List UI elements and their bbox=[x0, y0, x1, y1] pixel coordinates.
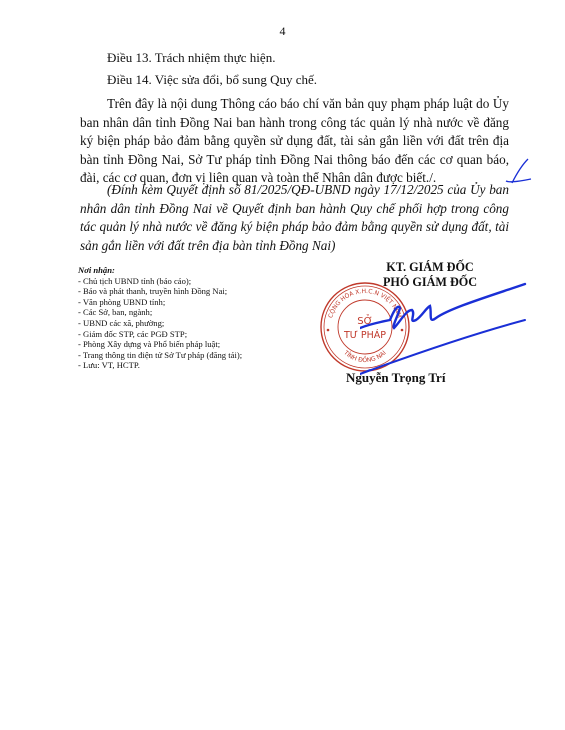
recipients-title: Nơi nhận: bbox=[78, 265, 242, 276]
recipient-item: - Các Sở, ban, ngành; bbox=[78, 307, 242, 318]
recipient-item: - Giám đốc STP, các PGĐ STP; bbox=[78, 329, 242, 340]
recipient-item: - Lưu: VT, HCTP. bbox=[78, 360, 242, 371]
signature-title-line1: KT. GIÁM ĐỐC bbox=[340, 260, 520, 275]
recipient-item: - Phòng Xây dựng và Phổ biến pháp luật; bbox=[78, 339, 242, 350]
recipients-block: Nơi nhận: - Chủ tịch UBND tỉnh (báo cáo)… bbox=[78, 265, 242, 371]
signer-name: Nguyễn Trọng Trí bbox=[346, 370, 445, 386]
page-number: 4 bbox=[0, 24, 565, 39]
recipient-item: - Văn phòng UBND tỉnh; bbox=[78, 297, 242, 308]
attachment-note: (Đính kèm Quyết định số 81/2025/QĐ-UBND … bbox=[80, 181, 509, 255]
article-14: Điều 14. Việc sửa đổi, bổ sung Quy chế. bbox=[107, 72, 317, 88]
recipient-item: - Báo và phát thanh, truyền hình Đồng Na… bbox=[78, 286, 242, 297]
recipient-item: - Trang thông tin điện tử Sở Tư pháp (đă… bbox=[78, 350, 242, 361]
body-paragraph: Trên đây là nội dung Thông cáo báo chí v… bbox=[80, 95, 509, 188]
recipient-item: - UBND các xã, phường; bbox=[78, 318, 242, 329]
article-13: Điều 13. Trách nhiệm thực hiện. bbox=[107, 50, 275, 66]
recipient-item: - Chủ tịch UBND tỉnh (báo cáo); bbox=[78, 276, 242, 287]
